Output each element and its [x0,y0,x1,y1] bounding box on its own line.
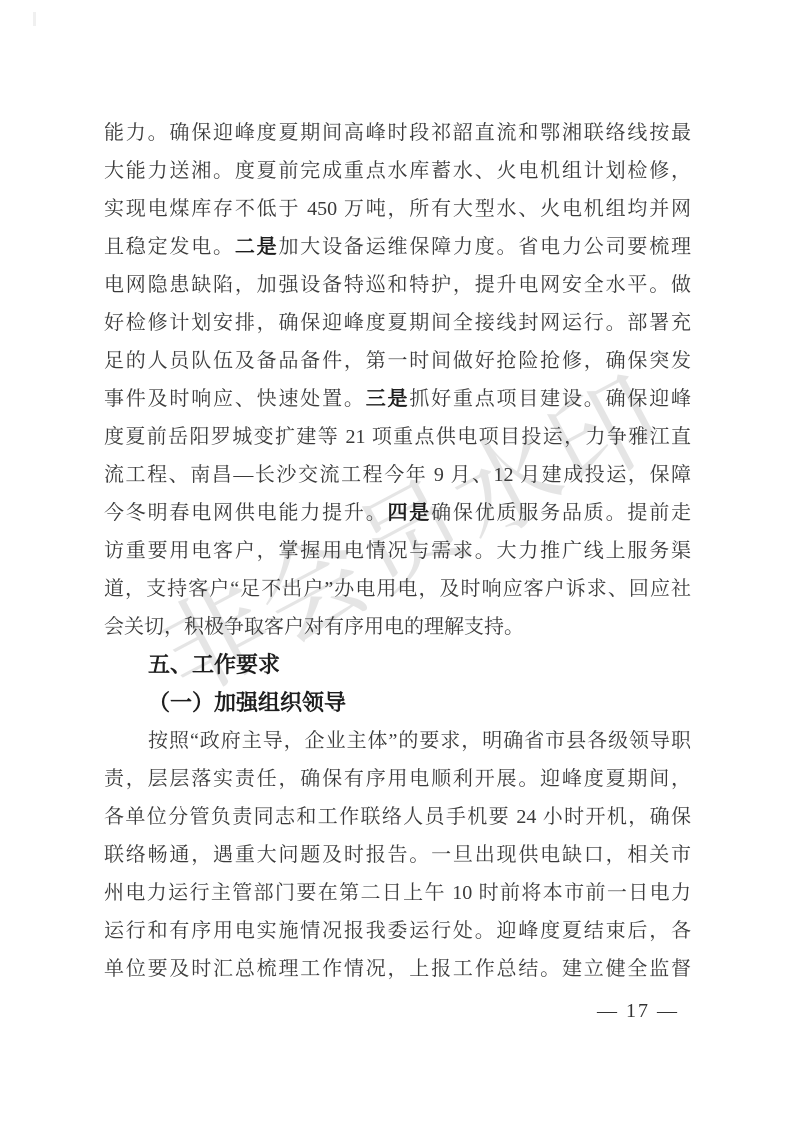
text-line: 州电力运行主管部门要在第二日上午 10 时前将本市前一日电力 [104,874,691,912]
line-text: 确保优质服务品质。提前走 [431,502,691,524]
text-line: 能力。确保迎峰度夏期间高峰时段祁韶直流和鄂湘联络线按最 [104,114,691,152]
text-line: 单位要及时汇总梳理工作情况，上报工作总结。建立健全监督 [104,950,691,988]
emphasis-text: 五、工作要求 [148,652,280,677]
text-line: 实现电煤库存不低于 450 万吨，所有大型水、火电机组均并网 [104,190,691,228]
line-text: 好检修计划安排，确保迎峰度夏期间全接线封网运行。部署充 [104,312,691,334]
line-text: 联络畅通，遇重大问题及时报告。一旦出现供电缺口，相关市 [104,844,691,866]
text-line: 责，层层落实责任，确保有序用电顺利开展。迎峰度夏期间， [104,760,691,798]
line-text: 实现电煤库存不低于 450 万吨，所有大型水、火电机组均并网 [104,198,691,220]
text-line: 足的人员队伍及备品备件，第一时间做好抢险抢修，确保突发 [104,342,691,380]
line-text: 流工程、南昌—长沙交流工程今年 9 月、12 月建成投运，保障 [104,464,691,486]
line-text: 电网隐患缺陷，加强设备特巡和特护，提升电网安全水平。做 [104,274,691,296]
line-text: 按照“政府主导，企业主体”的要求，明确省市县各级领导职 [148,730,691,752]
emphasis-text: 四是 [388,502,432,524]
text-line: 联络畅通，遇重大问题及时报告。一旦出现供电缺口，相关市 [104,836,691,874]
text-line: 道，支持客户“足不出户”办电用电，及时响应客户诉求、回应社 [104,570,691,608]
emphasis-text: 三是 [366,388,410,410]
line-text: 度夏前岳阳罗城变扩建等 21 项重点供电项目投运，力争雅江直 [104,426,691,448]
line-text: 足的人员队伍及备品备件，第一时间做好抢险抢修，确保突发 [104,350,691,372]
line-text: 抓好重点项目建设。确保迎峰 [409,388,691,410]
text-line: 访重要用电客户，掌握用电情况与需求。大力推广线上服务渠 [104,532,691,570]
text-line: 大能力送湘。度夏前完成重点水库蓄水、火电机组计划检修， [104,152,691,190]
text-line: 今冬明春电网供电能力提升。四是确保优质服务品质。提前走 [104,494,691,532]
line-text: 会关切，积极争取客户对有序用电的理解支持。 [104,616,524,638]
emphasis-text: （一）加强组织领导 [148,690,346,715]
line-text: 州电力运行主管部门要在第二日上午 10 时前将本市前一日电力 [104,882,691,904]
text-line: 各单位分管负责同志和工作联络人员手机要 24 小时开机，确保 [104,798,691,836]
section-heading: （一）加强组织领导 [104,684,691,722]
section-heading: 五、工作要求 [104,646,691,684]
scan-artifact-mark [33,12,36,26]
text-line: 运行和有序用电实施情况报我委运行处。迎峰度夏结束后，各 [104,912,691,950]
line-text: 且稳定发电。 [104,236,235,258]
text-line: 会关切，积极争取客户对有序用电的理解支持。 [104,608,691,646]
text-line: 度夏前岳阳罗城变扩建等 21 项重点供电项目投运，力争雅江直 [104,418,691,456]
line-text: 访重要用电客户，掌握用电情况与需求。大力推广线上服务渠 [104,540,691,562]
text-line: 事件及时响应、快速处置。三是抓好重点项目建设。确保迎峰 [104,380,691,418]
line-text: 各单位分管负责同志和工作联络人员手机要 24 小时开机，确保 [104,806,691,828]
text-line: 按照“政府主导，企业主体”的要求，明确省市县各级领导职 [104,722,691,760]
document-page: 非会员水印 能力。确保迎峰度夏期间高峰时段祁韶直流和鄂湘联络线按最大能力送湘。度… [0,0,793,1121]
text-line: 且稳定发电。二是加大设备运维保障力度。省电力公司要梳理 [104,228,691,266]
line-text: 运行和有序用电实施情况报我委运行处。迎峰度夏结束后，各 [104,920,691,942]
line-text: 大能力送湘。度夏前完成重点水库蓄水、火电机组计划检修， [104,160,691,182]
line-text: 加大设备运维保障力度。省电力公司要梳理 [278,236,691,258]
line-text: 责，层层落实责任，确保有序用电顺利开展。迎峰度夏期间， [104,768,691,790]
text-line: 电网隐患缺陷，加强设备特巡和特护，提升电网安全水平。做 [104,266,691,304]
body-text: 能力。确保迎峰度夏期间高峰时段祁韶直流和鄂湘联络线按最大能力送湘。度夏前完成重点… [104,114,691,988]
line-text: 道，支持客户“足不出户”办电用电，及时响应客户诉求、回应社 [104,578,691,600]
page-number: — 17 — [597,1000,679,1023]
line-text: 能力。确保迎峰度夏期间高峰时段祁韶直流和鄂湘联络线按最 [104,122,691,144]
text-line: 流工程、南昌—长沙交流工程今年 9 月、12 月建成投运，保障 [104,456,691,494]
line-text: 单位要及时汇总梳理工作情况，上报工作总结。建立健全监督 [104,958,691,980]
line-text: 事件及时响应、快速处置。 [104,388,366,410]
text-line: 好检修计划安排，确保迎峰度夏期间全接线封网运行。部署充 [104,304,691,342]
emphasis-text: 二是 [235,236,279,258]
line-text: 今冬明春电网供电能力提升。 [104,502,388,524]
